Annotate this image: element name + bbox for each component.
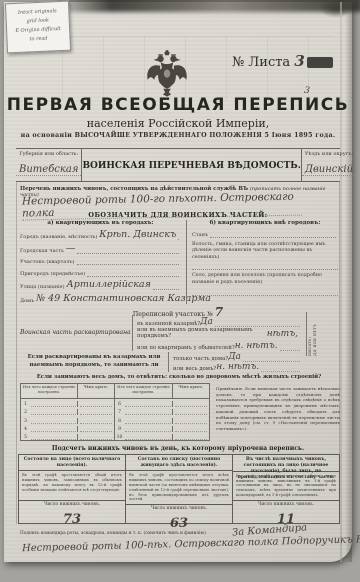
column-note: Въ этой графѣ проставляется итогъ всѣхъ … [126, 471, 232, 504]
dotted-rule [125, 434, 171, 440]
form-header-row: Губернія или область: Витебская ВОИНСКАЯ… [16, 148, 340, 182]
buildings-question: Если занимаютъ весь домъ, то отвѣтить: с… [14, 374, 344, 380]
dotted-rule [77, 247, 179, 254]
scanned-census-sheet: Intact originals grid look E Origina dif… [0, 0, 360, 582]
q2-option: или весь домъ? н. нѣтъ. [173, 362, 302, 372]
field-label: Улица (названіе) [20, 284, 65, 290]
roof-cell [77, 434, 114, 440]
signature-label: Подпись командира роты, эскадрона, коман… [20, 531, 230, 536]
archive-sticker: Intact originals grid look E Origina dif… [5, 1, 71, 54]
field-label: Домъ [20, 298, 34, 304]
option-answer: нѣтъ, [267, 329, 298, 339]
tally-column-on-list: Составъ по списку (постоянно живущаго зд… [126, 455, 233, 523]
field-volost-label: Волость, гмина, станица или соотвѣтствую… [192, 241, 338, 261]
option-answer: н. нѣтъ. [235, 341, 278, 351]
sheet-number-label: № Листа [232, 55, 290, 70]
document-page: Intact originals grid look E Origina dif… [4, 2, 352, 562]
document-type-title: ВОИНСКАЯ ПЕРЕЧНЕВАЯ ВѢДОМОСТЬ. [82, 161, 300, 171]
census-decree-line: на основаніи ВЫСОЧАЙШЕ УТВЕРЖДЕННАГО ПОЛ… [4, 132, 352, 139]
sheet-number: № Листа 3 [232, 52, 333, 70]
field-street: Улица (названіе) Артиллерійская [20, 279, 181, 290]
table-row: 9 [115, 424, 209, 432]
column-note: Въ этой графѣ проставляется общее число … [233, 472, 339, 500]
document-type-box: ВОИНСКАЯ ПЕРЕЧНЕВАЯ ВѢДОМОСТЬ. [82, 149, 300, 181]
designate-heading: ОБОЗНАЧИТЬ ДЛЯ ВОИНСКИХЪ ЧАСТЕЙ: [4, 211, 352, 219]
province-label: Губернія или область: [16, 151, 81, 157]
row-number: 10 [115, 435, 124, 440]
q1-option: или въ наемныхъ домахъ казарменнымъ поря… [137, 327, 302, 339]
field-value: № 49 Константиновская Казарма [36, 293, 211, 304]
field-label: Участокъ (кварталъ) [20, 259, 75, 265]
dotted-rule [87, 270, 179, 277]
q2-options: только часть дома? Да или весь домъ? н. … [168, 352, 302, 372]
field-house: Домъ № 49 Константиновская Казарма [20, 293, 181, 304]
q2-label: Если расквартированы въ казармахъ или на… [20, 352, 168, 372]
city-column-heading: а) квартирующихъ въ городахъ: [20, 220, 181, 226]
row-number: 5 [21, 435, 30, 440]
q2-option: только часть дома? Да [173, 352, 302, 362]
district-value: Двинскій [302, 164, 356, 176]
dotted-rule [178, 233, 179, 240]
field-value: Крѣп. Двинскъ [99, 229, 176, 240]
count-value: 73 [63, 512, 81, 527]
table-row: 6 [115, 399, 209, 407]
count-value-cell: 63 [126, 512, 232, 527]
count-value-cell: 73 [19, 508, 125, 523]
tally-table: Состояло на лицо (всего наличнаго населе… [18, 454, 340, 524]
field-suburb: Пригородъ (предмѣстье) [20, 268, 181, 277]
field-label: Станъ [192, 232, 208, 238]
column-header-material: Изъ чего каждое строеніе построено. [21, 384, 78, 398]
dotted-rule [77, 258, 180, 265]
dotted-rule [280, 344, 300, 351]
roof-cell [172, 434, 209, 440]
q1-option: или по квартирамъ у обывателей? н. нѣтъ. [137, 339, 302, 351]
q1-option: въ казенной казармѣ? Да [137, 315, 302, 327]
option-answer: н. нѣтъ. [216, 362, 259, 372]
page-crease [340, 2, 342, 562]
buildings-table: Изъ чего каждое строеніе построено. Чѣмъ… [20, 383, 210, 441]
tally-column-attached: Въ числѣ наличныхъ чиновъ, состоящихъ на… [233, 455, 339, 523]
count-label: Число нижнихъ чиновъ. [233, 500, 339, 508]
buildings-table-header: Изъ чего каждое строеніе построено. Чѣмъ… [21, 384, 114, 399]
answer-format-note: писать: Да или нѣтъ [306, 312, 318, 356]
count-value: 63 [170, 516, 188, 531]
page-edge-shadow [345, 2, 352, 562]
dotted-rule [243, 355, 300, 362]
table-row: 4 [21, 424, 114, 432]
column-note: Въ этой графѣ проставляется общій итогъ … [19, 471, 125, 500]
column-header-roof: Чѣмъ крыто. [78, 384, 114, 398]
city-column: а) квартирующихъ въ городахъ: Городъ (на… [20, 220, 186, 304]
column-header: Въ числѣ наличныхъ чиновъ, состоящихъ на… [233, 455, 339, 472]
dotted-rule [31, 434, 76, 440]
district-label: Уѣздъ или округъ: [302, 151, 356, 157]
buildings-table-left: Изъ чего каждое строеніе построено. Чѣмъ… [21, 384, 115, 440]
dotted-rule [153, 283, 179, 290]
location-columns: а) квартирующихъ въ городахъ: Городъ (на… [20, 220, 338, 304]
buildings-note: Примѣчаніе. Если воинская часть занимает… [216, 386, 340, 432]
option-answer: Да [228, 352, 241, 362]
signature-line-2: Нестроевой роты 100-пѣх. Островскаго пол… [22, 535, 344, 554]
column-header: Состояло на лицо (всего наличнаго населе… [19, 455, 125, 471]
rural-column: б) квартирующихъ внѣ городовъ: Станъ Вол… [186, 220, 338, 304]
district-box: Уѣздъ или округъ: Двинскій [301, 149, 356, 181]
rural-column-heading: б) квартирующихъ внѣ городовъ: [192, 220, 338, 226]
quartering-question-2: Если расквартированы въ казармахъ или на… [20, 352, 302, 372]
option-label: или весь домъ? [173, 366, 216, 372]
table-row: 1 [21, 399, 114, 407]
field-stan: Станъ [192, 229, 338, 238]
table-row: 8 [115, 415, 209, 423]
option-label: или по квартирамъ у обывателей? [137, 345, 235, 351]
field-value: — [66, 243, 76, 254]
field-label: Пригородъ (предмѣстье) [20, 271, 85, 277]
field-value: Артиллерійская [67, 279, 151, 290]
dotted-rule [192, 288, 338, 296]
table-row: 7 [115, 407, 209, 415]
field-label: Городъ (названіе, мѣстность) [20, 234, 97, 240]
buildings-table-header: Изъ чего каждое строеніе построено. Чѣмъ… [115, 384, 209, 399]
count-label: Число нижнихъ чиновъ. [19, 500, 125, 508]
q1-options: въ казенной казармѣ? Да или въ наемныхъ … [132, 315, 302, 351]
province-box: Губернія или область: Витебская [16, 149, 82, 181]
table-row: 2 [21, 407, 114, 415]
field-village-label: Село, деревня или поселокъ (прописать по… [192, 272, 338, 285]
census-subtitle: населенія Россійской Имперіи, [4, 117, 352, 130]
field-city-part: Городская часть — [20, 243, 181, 254]
quartering-question-1: Воинская часть расквартирована въ казенн… [20, 315, 302, 351]
column-header-material: Изъ чего каждое строеніе построено. [115, 384, 173, 398]
dotted-rule [261, 365, 300, 372]
column-header-roof: Чѣмъ крыто. [173, 384, 209, 398]
count-label: Число нижнихъ чиновъ. [126, 504, 232, 512]
buildings-table-right: Изъ чего каждое строеніе построено. Чѣмъ… [115, 384, 209, 440]
q1-label: Воинская часть расквартирована [20, 315, 132, 351]
tally-column-present: Состояло на лицо (всего наличнаго населе… [19, 455, 126, 523]
field-precinct-block: Участокъ (кварталъ) [20, 256, 181, 265]
census-title: ПЕРВАЯ ВСЕОБЩАЯ ПЕРЕПИСЬ [4, 95, 352, 115]
field-label: Городская часть [20, 248, 64, 254]
ink-blot [307, 57, 333, 68]
tally-heading: Подсчетъ нижнихъ чиновъ въ день, къ кото… [4, 445, 352, 452]
province-value: Витебская [16, 164, 81, 176]
option-answer: Да [200, 317, 213, 327]
table-row: 3 [21, 415, 114, 423]
field-city: Городъ (названіе, мѣстность) Крѣп. Двинс… [20, 229, 181, 240]
dotted-rule [215, 320, 300, 327]
column-header: Составъ по списку (постоянно живущаго зд… [126, 455, 232, 471]
option-label: или въ наемныхъ домахъ казарменнымъ поря… [137, 327, 267, 339]
sheet-number-value: 3 [294, 52, 304, 70]
note-line: Да или нѣтъ [313, 312, 318, 356]
table-row: 5 [21, 432, 114, 440]
count-value-cell: 11 [233, 508, 339, 523]
dotted-rule [210, 231, 336, 238]
dotted-rule [192, 262, 338, 270]
table-row: 10 [115, 432, 209, 440]
